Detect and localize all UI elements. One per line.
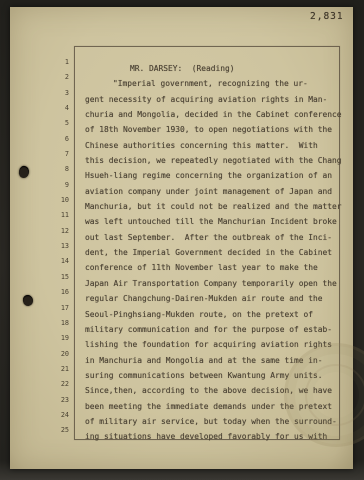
transcript-line: conference of 11th November last year to…	[85, 260, 341, 275]
transcript-line: Chinese authorities concerning this matt…	[85, 138, 341, 153]
line-number: 22	[53, 377, 69, 392]
line-number: 14	[53, 254, 69, 269]
transcript-line: of 18th November 1930, to open negotiati…	[85, 122, 341, 137]
transcript-line: MR. DARSEY: (Reading)	[85, 61, 341, 76]
line-number: 20	[53, 347, 69, 362]
line-number: 19	[53, 331, 69, 346]
transcript-line: aviation company under joint management …	[85, 184, 341, 199]
transcript-line: Seoul-Pinghsiang-Mukden route, on the pr…	[85, 307, 341, 322]
line-number: 7	[53, 147, 69, 162]
line-number: 18	[53, 316, 69, 331]
line-number: 2	[53, 70, 69, 85]
transcript-line: this decision, we repeatedly negotiated …	[85, 153, 341, 168]
line-number: 3	[53, 86, 69, 101]
line-number: 13	[53, 239, 69, 254]
transcript-line: was left untouched till the Manchurian I…	[85, 214, 341, 229]
line-number: 15	[53, 270, 69, 285]
transcript-line: out last September. After the outbreak o…	[85, 230, 341, 245]
punch-hole-top	[18, 165, 30, 179]
line-number: 5	[53, 116, 69, 131]
line-number-column: 1234567891011121314151617181920212223242…	[53, 55, 69, 439]
embossed-seal-inner-ring	[305, 364, 364, 426]
punch-hole-bottom	[22, 294, 33, 306]
transcript-line: gent necessity of acquiring aviation rig…	[85, 92, 341, 107]
line-number: 12	[53, 224, 69, 239]
line-number: 9	[53, 178, 69, 193]
transcript-line: churia and Mongolia, decided in the Cabi…	[85, 107, 341, 122]
transcript-line: lishing the foundation for acquiring avi…	[85, 337, 341, 352]
line-number: 11	[53, 208, 69, 223]
transcript-line: dent, the Imperial Government decided in…	[85, 245, 341, 260]
line-number: 17	[53, 301, 69, 316]
line-number: 8	[53, 162, 69, 177]
line-number: 25	[53, 423, 69, 438]
transcript-line: military communication and for the purpo…	[85, 322, 341, 337]
transcript-line: Manchuria, but it could not be realized …	[85, 199, 341, 214]
line-number: 6	[53, 132, 69, 147]
transcript-line: "Imperial government, recognizing the ur…	[85, 76, 341, 91]
line-number: 10	[53, 193, 69, 208]
line-number: 4	[53, 101, 69, 116]
transcript-line: regular Changchung-Dairen-Mukden air rou…	[85, 291, 341, 306]
transcript-line: Japan Air Transportation Company tempora…	[85, 276, 341, 291]
line-number: 24	[53, 408, 69, 423]
transcript-line: Hsueh-liang regime concerning the organi…	[85, 168, 341, 183]
document-page: 2,831 1234567891011121314151617181920212…	[10, 7, 353, 469]
line-number: 1	[53, 55, 69, 70]
page-number: 2,831	[310, 11, 356, 22]
line-number: 16	[53, 285, 69, 300]
line-number: 21	[53, 362, 69, 377]
line-number: 23	[53, 393, 69, 408]
